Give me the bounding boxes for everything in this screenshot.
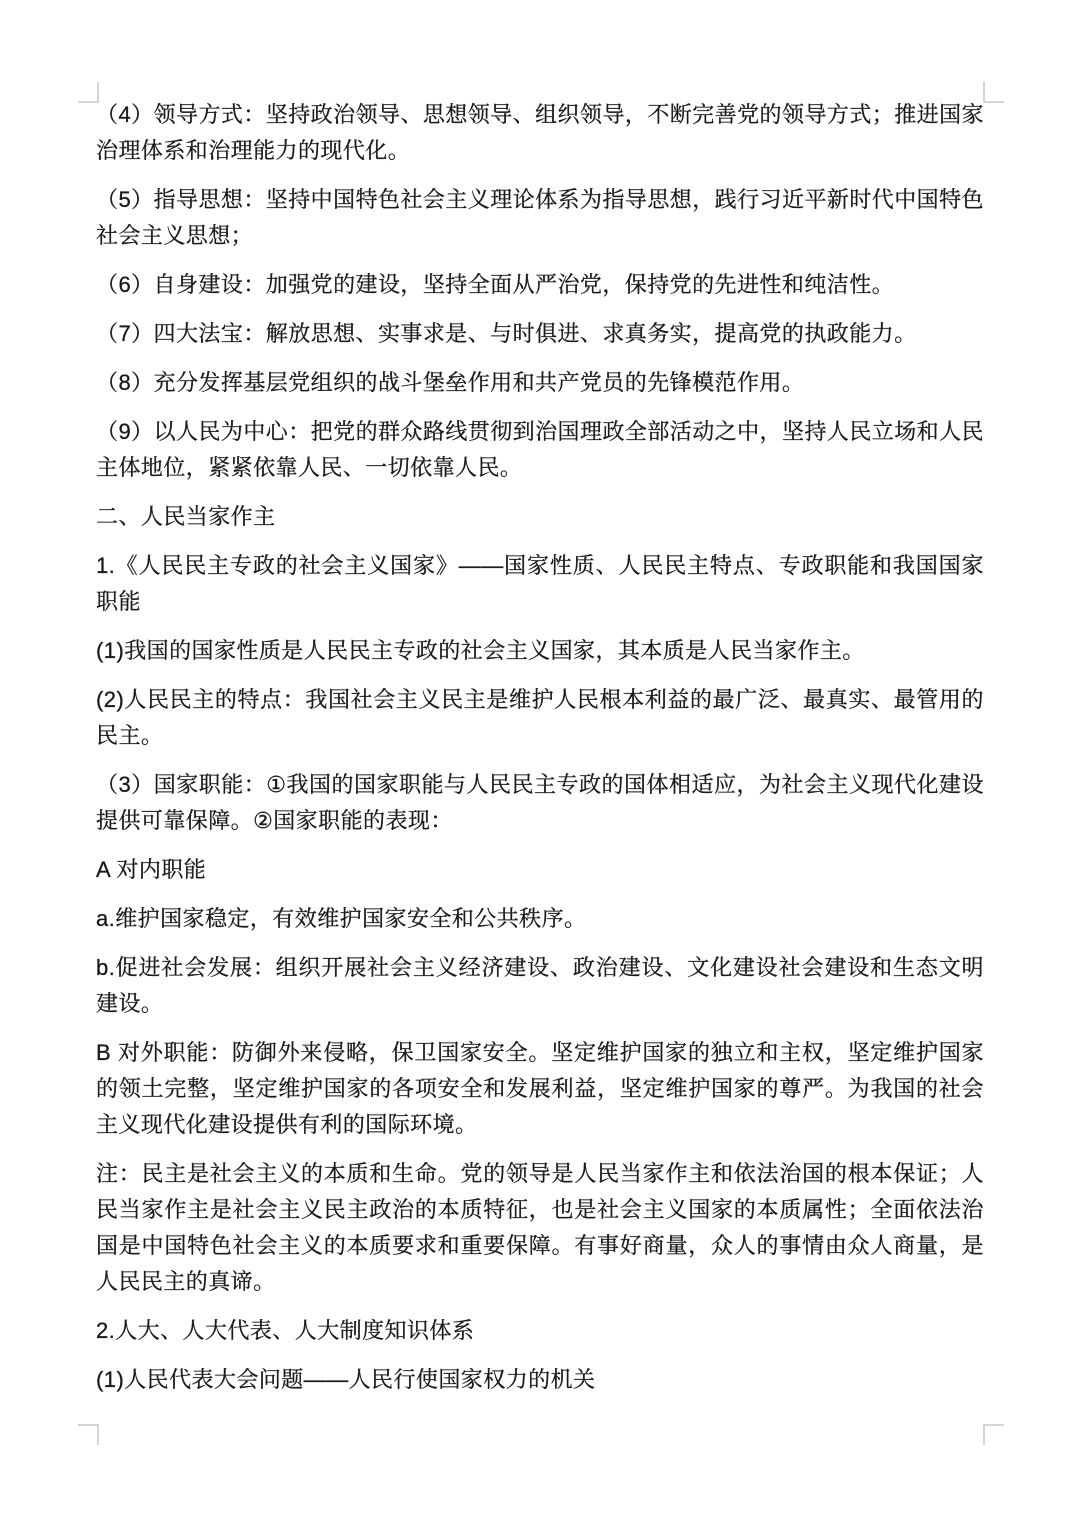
text-boundary-mark-bottom-right bbox=[983, 1424, 1004, 1445]
para-1-state-nature: (1)我国的国家性质是人民民主专政的社会主义国家，其本质是人民当家作主。 bbox=[96, 633, 984, 669]
para-2-democracy-characteristics: (2)人民民主的特点：我国社会主义民主是维护人民根本利益的最广泛、最真实、最管用… bbox=[96, 682, 984, 754]
para-b-external-functions: B 对外职能：防御外来侵略，保卫国家安全。坚定维护国家的独立和主权，坚定维护国家… bbox=[96, 1035, 984, 1143]
para-6-self-construction: （6）自身建设：加强党的建设，坚持全面从严治党，保持党的先进性和纯洁性。 bbox=[96, 267, 984, 303]
para-3-state-functions: （3）国家职能：①我国的国家职能与人民民主专政的国体相适应，为社会主义现代化建设… bbox=[96, 767, 984, 839]
text-boundary-mark-top-right bbox=[983, 82, 1004, 103]
para-note-democracy-essence: 注：民主是社会主义的本质和生命。党的领导是人民当家作主和依法治国的根本保证；人民… bbox=[96, 1156, 984, 1300]
para-a-maintain-state-stability: a.维护国家稳定，有效维护国家安全和公共秩序。 bbox=[96, 901, 984, 937]
para-4-leadership-methods: （4）领导方式：坚持政治领导、思想领导、组织领导，不断完善党的领导方式；推进国家… bbox=[96, 97, 984, 169]
heading-1-peoples-democratic-dictatorship: 1.《人民民主专政的社会主义国家》——国家性质、人民民主特点、专政职能和我国国家… bbox=[96, 548, 984, 620]
text-boundary-mark-bottom-left bbox=[78, 1424, 99, 1445]
para-8-grassroots-party-organizations: （8）充分发挥基层党组织的战斗堡垒作用和共产党员的先锋模范作用。 bbox=[96, 365, 984, 401]
para-npc-state-power-organ: (1)人民代表大会问题——人民行使国家权力的机关 bbox=[96, 1362, 984, 1398]
para-5-guiding-ideology: （5）指导思想：坚持中国特色社会主义理论体系为指导思想，践行习近平新时代中国特色… bbox=[96, 182, 984, 254]
heading-2-npc-knowledge-system: 2.人大、人大代表、人大制度知识体系 bbox=[96, 1313, 984, 1349]
document-text-area: （4）领导方式：坚持政治领导、思想领导、组织领导，不断完善党的领导方式；推进国家… bbox=[96, 97, 984, 1411]
document-page: （4）领导方式：坚持政治领导、思想领导、组织领导，不断完善党的领导方式；推进国家… bbox=[0, 0, 1080, 1527]
para-7-four-treasures: （7）四大法宝：解放思想、实事求是、与时俱进、求真务实，提高党的执政能力。 bbox=[96, 316, 984, 352]
label-a-internal-functions: A 对内职能 bbox=[96, 852, 984, 888]
heading-section-two-people-as-masters: 二、人民当家作主 bbox=[96, 499, 984, 535]
para-9-people-centered: （9）以人民为中心：把党的群众路线贯彻到治国理政全部活动之中，坚持人民立场和人民… bbox=[96, 414, 984, 486]
para-b-promote-social-development: b.促进社会发展：组织开展社会主义经济建设、政治建设、文化建设社会建设和生态文明… bbox=[96, 950, 984, 1022]
